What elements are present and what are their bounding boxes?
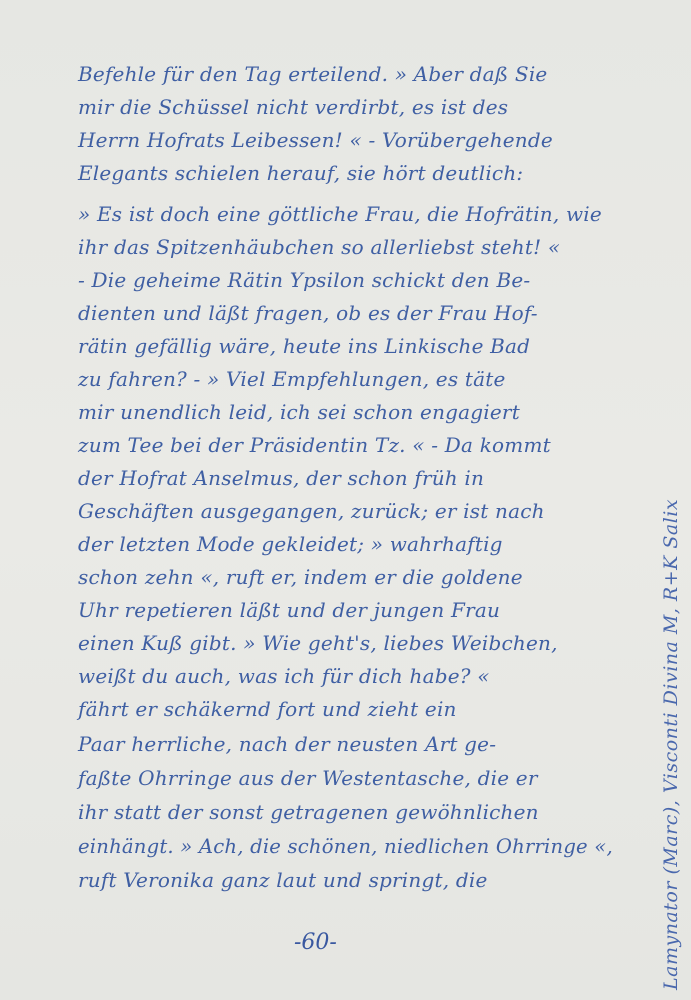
margin-note-pen-list: Lamynator (Marc), Visconti Divina M, R+K…	[660, 499, 682, 990]
text-line: Elegants schielen herauf, sie hört deutl…	[78, 161, 523, 185]
text-line: ihr das Spitzenhäubchen so allerliebst s…	[78, 235, 560, 259]
text-line: rätin gefällig wäre, heute ins Linkische…	[78, 334, 530, 358]
text-line: - Die geheime Rätin Ypsilon schickt den …	[78, 268, 530, 292]
text-line: ihr statt der sonst getragenen gewöhnlic…	[78, 800, 539, 824]
text-line: faßte Ohrringe aus der Westentasche, die…	[78, 766, 538, 790]
text-line: dienten und läßt fragen, ob es der Frau …	[78, 301, 538, 325]
text-line: einhängt. » Ach, die schönen, niedlichen…	[78, 834, 613, 858]
text-line: der letzten Mode gekleidet; » wahrhaftig	[78, 532, 503, 556]
text-line: Uhr repetieren läßt und der jungen Frau	[78, 598, 500, 622]
text-line: Befehle für den Tag erteilend. » Aber da…	[78, 62, 547, 86]
text-line: zum Tee bei der Präsidentin Tz. « - Da k…	[78, 433, 551, 457]
text-line: mir die Schüssel nicht verdirbt, es ist …	[78, 95, 508, 119]
text-line: fährt er schäkernd fort und zieht ein	[78, 697, 457, 721]
page-number: -60-	[294, 930, 337, 955]
text-line: weißt du auch, was ich für dich habe? «	[78, 664, 490, 688]
text-line: » Es ist doch eine göttliche Frau, die H…	[78, 202, 602, 226]
text-line: der Hofrat Anselmus, der schon früh in	[78, 466, 484, 490]
text-line: Herrn Hofrats Leibessen! « - Vorübergehe…	[78, 128, 553, 152]
text-line: zu fahren? - » Viel Empfehlungen, es tät…	[78, 367, 506, 391]
text-line: Paar herrliche, nach der neusten Art ge-	[78, 732, 496, 756]
manuscript-page: Befehle für den Tag erteilend. » Aber da…	[0, 0, 691, 1000]
text-line: einen Kuß gibt. » Wie geht's, liebes Wei…	[78, 631, 558, 655]
text-line: mir unendlich leid, ich sei schon engagi…	[78, 400, 520, 424]
text-line: Geschäften ausgegangen, zurück; er ist n…	[78, 499, 545, 523]
text-line: ruft Veronika ganz laut und springt, die	[78, 868, 487, 892]
text-line: schon zehn «, ruft er, indem er die gold…	[78, 565, 523, 589]
